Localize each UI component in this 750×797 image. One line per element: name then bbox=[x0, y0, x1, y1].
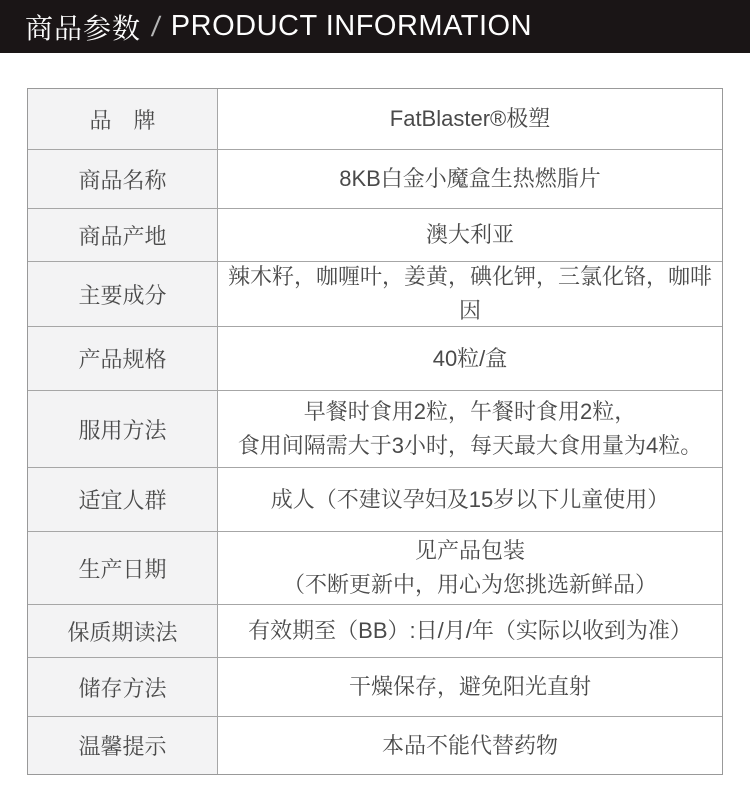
row-value: 8KB白金小魔盒生热燃脂片 bbox=[218, 150, 722, 208]
value-line: 本品不能代替药物 bbox=[382, 729, 558, 763]
row-value: 40粒/盒 bbox=[218, 327, 722, 390]
table-row-brand: 品 牌 FatBlaster®极塑 bbox=[28, 89, 722, 149]
row-label: 保质期读法 bbox=[28, 605, 218, 657]
row-label: 服用方法 bbox=[28, 391, 218, 467]
table-row-production-date: 生产日期 见产品包装 （不断更新中，用心为您挑选新鲜品） bbox=[28, 531, 722, 604]
row-label: 产品规格 bbox=[28, 327, 218, 390]
product-info-table: 品 牌 FatBlaster®极塑 商品名称 8KB白金小魔盒生热燃脂片 商品产… bbox=[27, 88, 723, 775]
value-line: （不断更新中，用心为您挑选新鲜品） bbox=[283, 568, 657, 602]
table-row-usage: 服用方法 早餐时食用2粒，午餐时食用2粒， 食用间隔需大于3小时，每天最大食用量… bbox=[28, 390, 722, 467]
row-label: 储存方法 bbox=[28, 658, 218, 716]
row-value: 见产品包装 （不断更新中，用心为您挑选新鲜品） bbox=[218, 532, 722, 604]
value-line: 早餐时食用2粒，午餐时食用2粒， bbox=[304, 395, 636, 429]
row-value: 本品不能代替药物 bbox=[218, 717, 722, 774]
row-value: 干燥保存，避免阳光直射 bbox=[218, 658, 722, 716]
table-row-tips: 温馨提示 本品不能代替药物 bbox=[28, 716, 722, 774]
row-label: 主要成分 bbox=[28, 262, 218, 326]
value-line: 8KB白金小魔盒生热燃脂片 bbox=[339, 162, 601, 196]
row-label: 生产日期 bbox=[28, 532, 218, 604]
table-row-product-name: 商品名称 8KB白金小魔盒生热燃脂片 bbox=[28, 149, 722, 208]
value-line: 干燥保存，避免阳光直射 bbox=[349, 670, 591, 704]
row-label: 温馨提示 bbox=[28, 717, 218, 774]
table-row-suitable-people: 适宜人群 成人（不建议孕妇及15岁以下儿童使用） bbox=[28, 467, 722, 531]
table-row-storage: 储存方法 干燥保存，避免阳光直射 bbox=[28, 657, 722, 716]
table-row-origin: 商品产地 澳大利亚 bbox=[28, 208, 722, 261]
table-row-shelf-life: 保质期读法 有效期至（BB）:日/月/年（实际以收到为准） bbox=[28, 604, 722, 657]
row-value: 早餐时食用2粒，午餐时食用2粒， 食用间隔需大于3小时，每天最大食用量为4粒。 bbox=[218, 391, 722, 467]
value-line: 成人（不建议孕妇及15岁以下儿童使用） bbox=[271, 483, 669, 517]
value-line: 食用间隔需大于3小时，每天最大食用量为4粒。 bbox=[238, 429, 702, 463]
row-value: 有效期至（BB）:日/月/年（实际以收到为准） bbox=[218, 605, 722, 657]
section-header: 商品参数 / PRODUCT INFORMATION bbox=[0, 0, 750, 53]
value-line: 见产品包装 bbox=[415, 534, 525, 568]
table-row-specification: 产品规格 40粒/盒 bbox=[28, 326, 722, 390]
section-title-chinese: 商品参数 bbox=[25, 7, 141, 47]
row-label: 商品名称 bbox=[28, 150, 218, 208]
title-divider-slash: / bbox=[150, 11, 162, 43]
row-value: 澳大利亚 bbox=[218, 209, 722, 261]
section-title-english: PRODUCT INFORMATION bbox=[171, 10, 532, 43]
row-label: 商品产地 bbox=[28, 209, 218, 261]
value-line: 有效期至（BB）:日/月/年（实际以收到为准） bbox=[248, 614, 692, 648]
value-line: 40粒/盒 bbox=[433, 342, 508, 376]
row-value: FatBlaster®极塑 bbox=[218, 89, 722, 149]
row-value: 成人（不建议孕妇及15岁以下儿童使用） bbox=[218, 468, 722, 531]
value-line: 辣木籽，咖喱叶，姜黄，碘化钾，三氯化铬，咖啡因 bbox=[222, 260, 718, 328]
table-row-ingredients: 主要成分 辣木籽，咖喱叶，姜黄，碘化钾，三氯化铬，咖啡因 bbox=[28, 261, 722, 326]
row-value: 辣木籽，咖喱叶，姜黄，碘化钾，三氯化铬，咖啡因 bbox=[218, 262, 722, 326]
row-label: 品 牌 bbox=[28, 89, 218, 149]
value-line: 澳大利亚 bbox=[426, 218, 514, 252]
row-label: 适宜人群 bbox=[28, 468, 218, 531]
value-line: FatBlaster®极塑 bbox=[390, 102, 550, 136]
